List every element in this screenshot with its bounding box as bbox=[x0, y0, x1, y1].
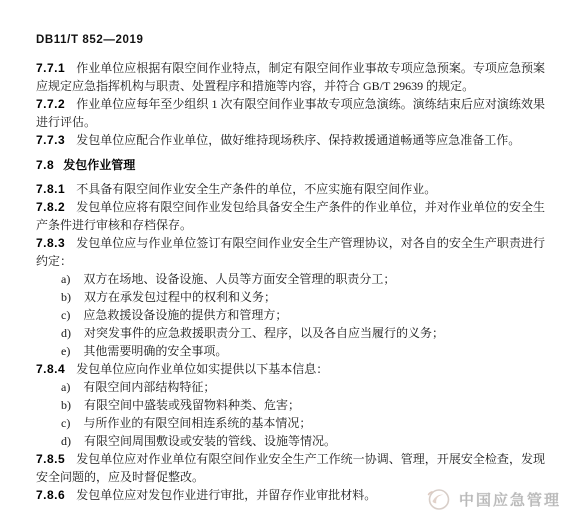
standard-number-header: DB11/T 852—2019 bbox=[36, 34, 545, 46]
list-item: b)双方在承发包过程中的权利和义务； bbox=[36, 288, 545, 306]
clause-number: 7.8.6 bbox=[36, 488, 65, 502]
clause-text: 发包单位应对发包作业进行审批，并留存作业审批材料。 bbox=[76, 488, 376, 502]
clause: 7.8.4发包单位应向作业单位如实提供以下基本信息： bbox=[36, 360, 545, 378]
clause-number: 7.8 bbox=[36, 158, 54, 172]
clause-text: 作业单位应每年至少组织 1 次有限空间作业事故专项应急演练。演练结束后应对演练效… bbox=[36, 97, 545, 129]
clause-number: 7.8.1 bbox=[36, 182, 65, 196]
list-item-text: 其他需要明确的安全事项。 bbox=[83, 344, 227, 358]
list-item: c)与所作业的有限空间相连系统的基本情况； bbox=[36, 414, 545, 432]
list-item-text: 应急救援设备设施的提供方和管理方； bbox=[83, 308, 287, 322]
clause-text: 发包单位应配合作业单位，做好维持现场秩序、保持救援通道畅通等应急准备工作。 bbox=[76, 133, 520, 147]
list-item: e)其他需要明确的安全事项。 bbox=[36, 342, 545, 360]
list-item-text: 双方在承发包过程中的权利和义务； bbox=[84, 290, 276, 304]
list-item-text: 有限空间中盛装或残留物料种类、危害； bbox=[84, 398, 300, 412]
list-item-label: b) bbox=[61, 290, 71, 304]
china-emergency-management-logo-icon bbox=[425, 486, 451, 512]
clause: 7.7.1作业单位应根据有限空间作业特点，制定有限空间作业事故专项应急预案。专项… bbox=[36, 59, 545, 95]
clause-number: 7.8.3 bbox=[36, 236, 65, 250]
list-item-label: b) bbox=[61, 398, 71, 412]
list-item-label: c) bbox=[61, 416, 70, 430]
clause-text: 发包单位应将有限空间作业发包给具备安全生产条件的作业单位，并对作业单位的安全生产… bbox=[36, 200, 545, 232]
clause: 7.8.3发包单位应与作业单位签订有限空间作业安全生产管理协议，对各自的安全生产… bbox=[36, 234, 545, 270]
clause: 7.8.5发包单位应对作业单位有限空间作业安全生产工作统一协调、管理，开展安全检… bbox=[36, 450, 545, 486]
list-item: a)有限空间内部结构特征； bbox=[36, 378, 545, 396]
list-item: d)有限空间周围敷设或安装的管线、设施等情况。 bbox=[36, 432, 545, 450]
list-item: b)有限空间中盛装或残留物料种类、危害； bbox=[36, 396, 545, 414]
clause-text: 发包单位应向作业单位如实提供以下基本信息： bbox=[76, 362, 328, 376]
clause: 7.7.2作业单位应每年至少组织 1 次有限空间作业事故专项应急演练。演练结束后… bbox=[36, 95, 545, 131]
clause-text: 作业单位应根据有限空间作业特点，制定有限空间作业事故专项应急预案。专项应急预案应… bbox=[36, 61, 545, 93]
section-heading-text: 发包作业管理 bbox=[63, 158, 135, 172]
list-item-text: 双方在场地、设备设施、人员等方面安全管理的职责分工； bbox=[83, 272, 395, 286]
list-item: c)应急救援设备设施的提供方和管理方； bbox=[36, 306, 545, 324]
clause-number: 7.8.5 bbox=[36, 452, 65, 466]
list-item-label: a) bbox=[61, 272, 70, 286]
list-item-text: 对突发事件的应急救援职责分工、程序，以及各自应当履行的义务； bbox=[84, 326, 444, 340]
clause-number: 7.7.1 bbox=[36, 61, 65, 75]
list-item-text: 有限空间内部结构特征； bbox=[83, 380, 215, 394]
clause-number: 7.8.4 bbox=[36, 362, 65, 376]
list-item-label: d) bbox=[61, 326, 71, 340]
clause-text: 发包单位应对作业单位有限空间作业安全生产工作统一协调、管理，开展安全检查，发现安… bbox=[36, 452, 545, 484]
list-item: a)双方在场地、设备设施、人员等方面安全管理的职责分工； bbox=[36, 270, 545, 288]
clause-number: 7.7.2 bbox=[36, 97, 65, 111]
watermark: 中国应急管理 bbox=[425, 486, 561, 512]
watermark-text: 中国应急管理 bbox=[459, 489, 561, 510]
list-item: d)对突发事件的应急救援职责分工、程序，以及各自应当履行的义务； bbox=[36, 324, 545, 342]
document-body: 7.7.1作业单位应根据有限空间作业特点，制定有限空间作业事故专项应急预案。专项… bbox=[36, 59, 545, 504]
document-page: DB11/T 852—2019 7.7.1作业单位应根据有限空间作业特点，制定有… bbox=[0, 0, 581, 517]
list-item-label: e) bbox=[61, 344, 70, 358]
clause-number: 7.7.3 bbox=[36, 133, 65, 147]
list-item-text: 有限空间周围敷设或安装的管线、设施等情况。 bbox=[84, 434, 336, 448]
clause-text: 不具备有限空间作业安全生产条件的单位，不应实施有限空间作业。 bbox=[76, 182, 436, 196]
clause: 7.8.1不具备有限空间作业安全生产条件的单位，不应实施有限空间作业。 bbox=[36, 180, 545, 198]
clause-number: 7.8.2 bbox=[36, 200, 65, 214]
list-item-text: 与所作业的有限空间相连系统的基本情况； bbox=[83, 416, 311, 430]
list-item-label: a) bbox=[61, 380, 70, 394]
section-heading: 7.8发包作业管理 bbox=[36, 156, 545, 174]
clause: 7.8.2发包单位应将有限空间作业发包给具备安全生产条件的作业单位，并对作业单位… bbox=[36, 198, 545, 234]
clause: 7.7.3发包单位应配合作业单位，做好维持现场秩序、保持救援通道畅通等应急准备工… bbox=[36, 131, 545, 149]
list-item-label: d) bbox=[61, 434, 71, 448]
list-item-label: c) bbox=[61, 308, 70, 322]
clause-text: 发包单位应与作业单位签订有限空间作业安全生产管理协议，对各自的安全生产职责进行约… bbox=[36, 236, 545, 268]
